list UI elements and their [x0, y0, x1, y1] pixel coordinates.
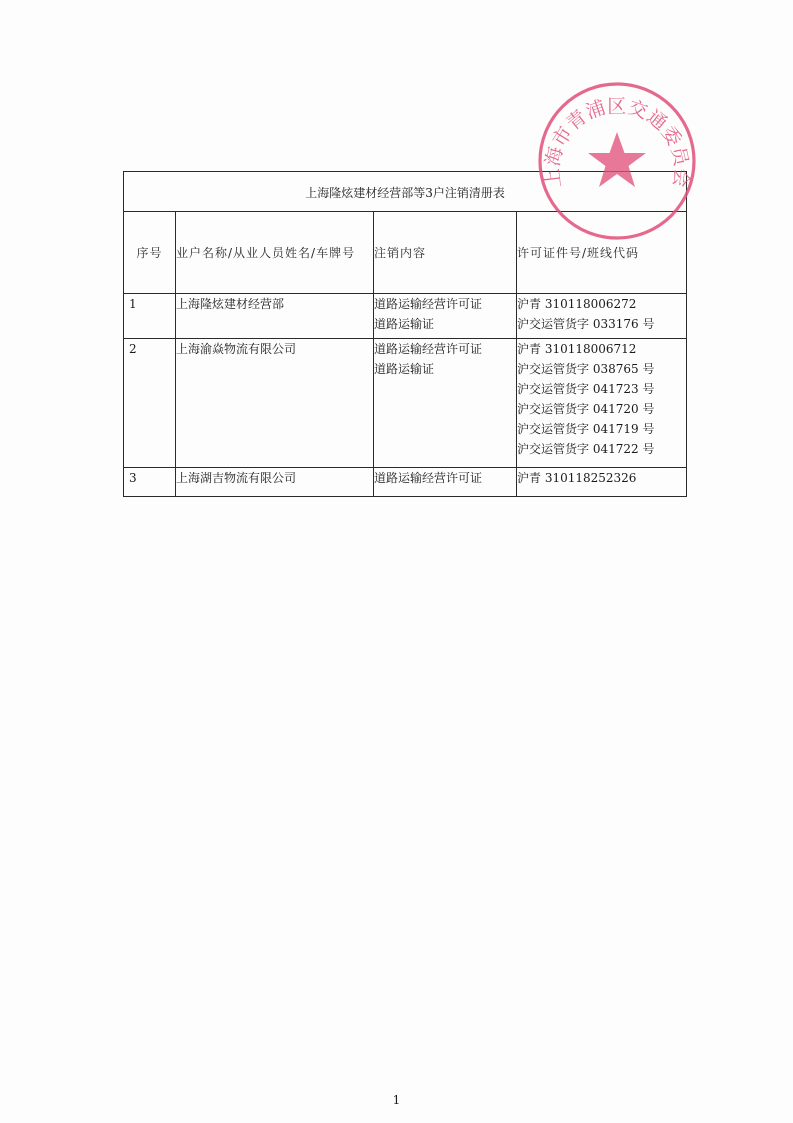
license-line: 沪交运管货字 041719 号 [517, 419, 686, 439]
row-license: 沪青 310118006272 沪交运管货字 033176 号 [517, 294, 687, 339]
license-line: 沪交运管货字 033176 号 [517, 314, 686, 334]
table-row: 3 上海湖吉物流有限公司 道路运输经营许可证 沪青 310118252326 [124, 468, 687, 497]
content-line: 道路运输证 [374, 359, 516, 379]
license-line: 沪交运管货字 041722 号 [517, 439, 686, 459]
row-index: 2 [124, 339, 176, 468]
deregistration-table: 上海隆炫建材经营部等3户注销清册表 序号 业户名称/从业人员姓名/车牌号 注销内… [123, 171, 687, 497]
document-page: 上海隆炫建材经营部等3户注销清册表 序号 业户名称/从业人员姓名/车牌号 注销内… [0, 0, 793, 1123]
license-line: 沪交运管货字 041720 号 [517, 399, 686, 419]
license-line: 沪交运管货字 038765 号 [517, 359, 686, 379]
header-license: 许可证件号/班线代码 [517, 212, 687, 294]
row-name: 上海渝焱物流有限公司 [176, 339, 374, 468]
content-line: 道路运输经营许可证 [374, 468, 516, 488]
content-line: 道路运输经营许可证 [374, 294, 516, 314]
row-index: 1 [124, 294, 176, 339]
header-index: 序号 [124, 212, 176, 294]
table-header-row: 序号 业户名称/从业人员姓名/车牌号 注销内容 许可证件号/班线代码 [124, 212, 687, 294]
license-line: 沪青 310118006272 [517, 294, 686, 314]
row-index: 3 [124, 468, 176, 497]
row-content: 道路运输经营许可证 道路运输证 [374, 294, 517, 339]
row-license: 沪青 310118252326 [517, 468, 687, 497]
table-title-cell: 上海隆炫建材经营部等3户注销清册表 [124, 172, 687, 212]
row-name: 上海隆炫建材经营部 [176, 294, 374, 339]
content-line: 道路运输经营许可证 [374, 339, 516, 359]
row-content: 道路运输经营许可证 道路运输证 [374, 339, 517, 468]
table-title: 上海隆炫建材经营部等3户注销清册表 [305, 186, 505, 200]
table-row: 2 上海渝焱物流有限公司 道路运输经营许可证 道路运输证 沪青 31011800… [124, 339, 687, 468]
header-content: 注销内容 [374, 212, 517, 294]
license-line: 沪青 310118006712 [517, 339, 686, 359]
page-number: 1 [0, 1093, 793, 1107]
license-line: 沪交运管货字 041723 号 [517, 379, 686, 399]
table-row: 1 上海隆炫建材经营部 道路运输经营许可证 道路运输证 沪青 310118006… [124, 294, 687, 339]
content-line: 道路运输证 [374, 314, 516, 334]
header-name: 业户名称/从业人员姓名/车牌号 [176, 212, 374, 294]
license-line: 沪青 310118252326 [517, 468, 686, 488]
row-license: 沪青 310118006712 沪交运管货字 038765 号 沪交运管货字 0… [517, 339, 687, 468]
row-name: 上海湖吉物流有限公司 [176, 468, 374, 497]
row-content: 道路运输经营许可证 [374, 468, 517, 497]
